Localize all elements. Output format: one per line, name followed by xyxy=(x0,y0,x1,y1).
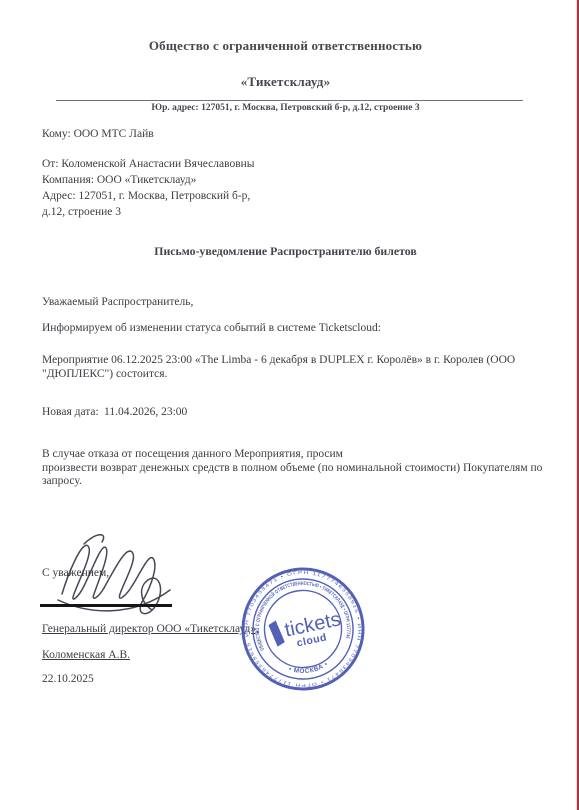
director-title-line: Генеральный директор ООО «Тикетсклауд», xyxy=(42,623,259,635)
refund-paragraph: В случае отказа от посещения данного Мер… xyxy=(42,448,579,489)
letter-date: 22.10.2025 xyxy=(42,673,94,685)
new-date-label: Новая дата: xyxy=(42,406,99,418)
refund-line-2: произвести возврат денежных средств в по… xyxy=(42,462,579,489)
legal-address-line: Юр. адрес: 127051, г. Москва, Петровский… xyxy=(0,103,571,113)
letter-title: Письмо-уведомление Распространителю биле… xyxy=(0,244,571,259)
sender-address-line-2: д.12, строение 3 xyxy=(42,204,255,220)
company-type-line: Общество с ограниченной ответственностью xyxy=(0,38,571,54)
sender-from-line: От: Коломенской Анастасии Вячеславовны xyxy=(42,156,255,172)
salutation-line: Уважаемый Распространитель, xyxy=(42,296,193,308)
sender-block: От: Коломенской Анастасии Вячеславовны К… xyxy=(42,156,255,220)
signature-line xyxy=(40,604,172,607)
sender-address-line-1: Адрес: 127051, г. Москва, Петровский б-р… xyxy=(42,188,255,204)
header-rule xyxy=(56,88,523,101)
event-info-paragraph: Мероприятие 06.12.2025 23:00 «The Limba … xyxy=(42,354,544,381)
stamp-logo: tickets cloud xyxy=(268,607,345,654)
letter-page: Общество с ограниченной ответственностью… xyxy=(0,0,579,810)
new-date-value: 11.04.2026, 23:00 xyxy=(104,406,187,418)
sender-company-line: Компания: ООО «Тикетсклауд» xyxy=(42,172,255,188)
handwritten-signature xyxy=(48,530,178,624)
company-stamp: ИНН 7703438471 • ОГРН 1177746358915 • ИН… xyxy=(236,562,370,696)
recipient-to-line: Кому: ООО МТС Лайв xyxy=(42,128,154,140)
refund-line-1: В случае отказа от посещения данного Мер… xyxy=(42,448,579,462)
intro-line: Информируем об изменении статуса событий… xyxy=(42,322,381,334)
director-name-line: Коломенская А.В. xyxy=(42,649,130,661)
